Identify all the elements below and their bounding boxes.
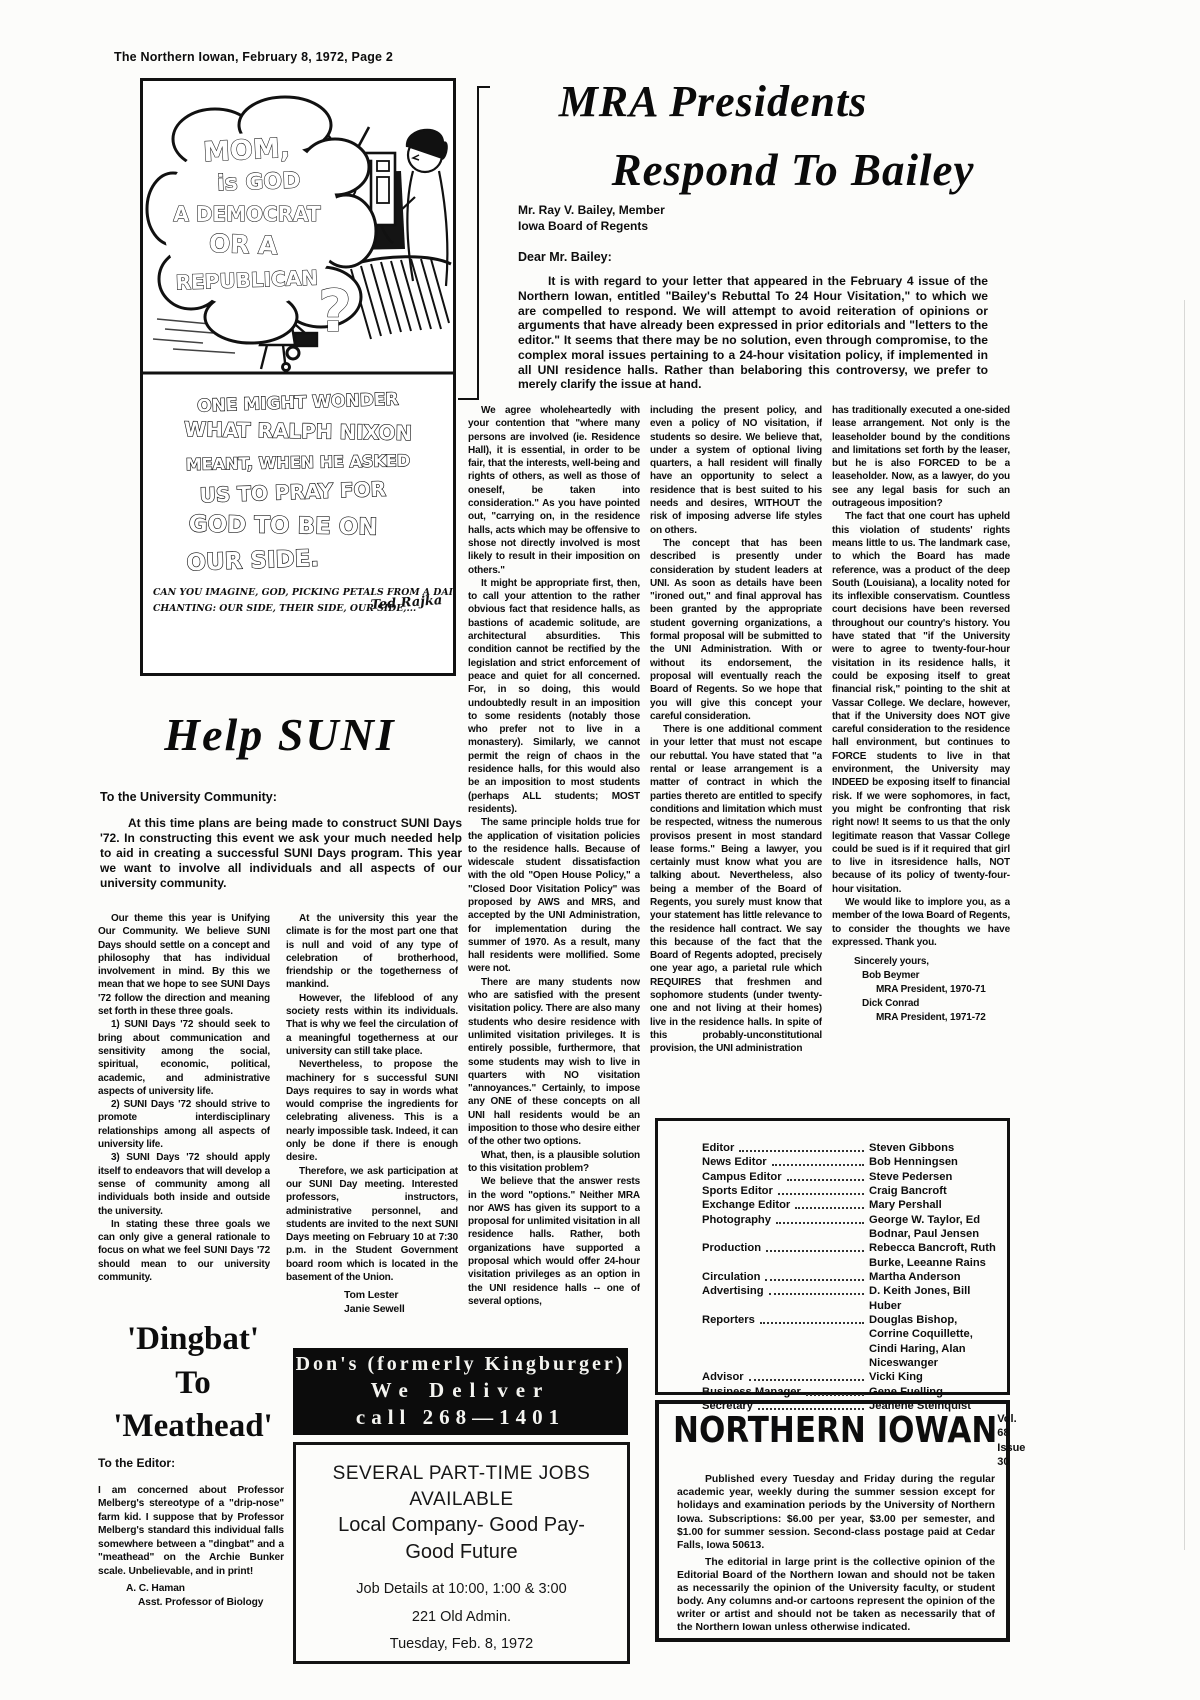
ad-title: Don's (formerly Kingburger) [293,1353,628,1376]
staff-row: ProductionRebecca Bancroft, Ruth Burke, … [702,1241,997,1270]
staff-row: CirculationMartha Anderson [702,1270,997,1284]
staff-name: Gene Fuelling [869,1385,997,1399]
dotted-leader [760,1313,864,1324]
masthead-volume: Vol. 68 Issue 30 [997,1410,1025,1469]
dotted-leader [776,1213,864,1224]
suni-column-1: Our theme this year is Unifying Our Comm… [98,912,270,1314]
staff-row: PhotographyGeorge W. Taylor, Ed Bodnar, … [702,1213,997,1242]
block-line-1: ONE MIGHT WONDER [197,389,399,416]
staff-name: Rebecca Bancroft, Ruth Burke, Leeanne Ra… [869,1241,997,1270]
paragraph: 1) SUNI Days '72 should seek to bring ab… [98,1018,270,1098]
suni-column-2: At the university this year the climate … [286,912,458,1314]
staff-row: Business ManagerGene Fuelling [702,1385,997,1399]
signature-line: MRA President, 1970-71 [832,983,1010,997]
staff-role: Advertising [702,1284,764,1298]
paragraph: I am concerned about Professor Melberg's… [98,1485,284,1577]
staff-row: EditorSteven Gibbons [702,1141,997,1155]
paragraph: Therefore, we ask participation at our S… [286,1165,458,1285]
staff-role: Photography [702,1213,771,1227]
letter-salutation: Dear Mr. Bailey: [518,250,612,264]
column-rule [477,88,479,400]
paragraph: Nevertheless, to propose the machinery f… [286,1058,458,1164]
headline-line: 'Meathead' [96,1405,290,1449]
staff-role: Reporters [702,1313,755,1327]
dotted-leader [772,1155,864,1166]
staff-row: Campus EditorSteve Pedersen [702,1170,997,1184]
staff-name: Mary Pershall [869,1198,997,1212]
staff-role: Sports Editor [702,1184,773,1198]
letter-signature-block: Sincerely yours, Bob Beymer MRA Presiden… [832,955,1010,1025]
headline-line: 'Dingbat' [96,1318,290,1362]
dotted-leader [766,1241,864,1252]
block-line-2: WHAT RALPH NIXON [184,417,412,445]
paragraph: The fact that one court has upheld this … [832,510,1010,896]
staff-role: Circulation [702,1270,760,1284]
staff-name: George W. Taylor, Ed Bodnar, Paul Jensen [869,1213,997,1242]
ad-line: We Deliver [293,1378,628,1403]
masthead-paragraph: The editorial in large print is the coll… [677,1556,995,1635]
letter-column-2: including the present policy, and even a… [650,404,822,1094]
ad-line: Good Future [296,1539,627,1566]
editorial-cartoon: MOM, is GOD A DEMOCRAT OR A REPUBLICAN ?… [140,78,456,676]
column-rule-tick-top [477,86,490,88]
signature-line: Tom Lester [286,1288,458,1302]
dingbat-body: I am concerned about Professor Melberg's… [98,1484,284,1611]
staff-name: Steve Pedersen [869,1170,997,1184]
scan-edge-line [1184,300,1185,1550]
bubble-line-2: is GOD [217,169,301,197]
ad-line: SEVERAL PART-TIME JOBS [296,1461,627,1487]
dotted-leader [778,1184,864,1195]
masthead-paragraph: Published every Tuesday and Friday durin… [677,1473,995,1552]
staff-role: Editor [702,1141,734,1155]
staff-box: EditorSteven Gibbons News EditorBob Henn… [655,1118,1010,1395]
staff-name: Douglas Bishop, Corrine Coquillette, Cin… [869,1313,997,1370]
signature-line: A. C. Haman [98,1582,284,1596]
suni-intro-paragraph: At this time plans are being made to con… [100,816,462,891]
dingbat-signature-block: A. C. Haman Asst. Professor of Biology [98,1582,284,1611]
bubble-line-1: MOM, [202,133,290,169]
bubble-line-5: REPUBLICAN [175,266,318,295]
signature-line: Janie Sewell [286,1302,458,1314]
paragraph: We agree wholeheartedly with your conten… [468,404,640,577]
ad-line: Job Details at 10:00, 1:00 & 3:00 [296,1576,627,1604]
signature-line: Dick Conrad [832,997,1010,1011]
staff-name: Martha Anderson [869,1270,997,1284]
ad-phone: call 268—1401 [293,1405,628,1430]
dotted-leader [739,1141,864,1152]
bubble-question-mark: ? [318,277,352,345]
staff-role: Exchange Editor [702,1198,790,1212]
letter-column-3: has traditionally executed a one-sided l… [832,404,1010,1109]
staff-name: Craig Bancroft [869,1184,997,1198]
paragraph: However, the lifeblood of any society re… [286,992,458,1058]
signature-line: Bob Beymer [832,969,1010,983]
cartoon-drawing: MOM, is GOD A DEMOCRAT OR A REPUBLICAN ?… [143,81,453,673]
dotted-leader [806,1385,864,1396]
signature-line: MRA President, 1971-72 [832,1011,1010,1025]
paragraph: has traditionally executed a one-sided l… [832,404,1010,510]
ad-line: Local Company- Good Pay- [296,1512,627,1539]
block-line-5: GOD TO BE ON [188,511,377,540]
bubble-line-4: OR A [209,229,279,260]
paragraph: The same principle holds true for the ap… [468,816,640,976]
masthead-box: NORTHERN IOWAN Vol. 68 Issue 30 Publishe… [655,1400,1010,1642]
ad-line: AVAILABLE [296,1487,627,1513]
ad-line: 221 Old Admin. [296,1604,627,1632]
paragraph: The concept that has been described is p… [650,537,822,723]
staff-role: Production [702,1241,761,1255]
paragraph: There is one additional comment in your … [650,723,822,1055]
paragraph: There are many students now who are sati… [468,976,640,1149]
staff-row: ReportersDouglas Bishop, Corrine Coquill… [702,1313,997,1370]
addressee-org: Iowa Board of Regents [518,219,665,235]
paragraph: We believe that the answer rests in the … [468,1175,640,1308]
staff-name: D. Keith Jones, Bill Huber [869,1284,997,1313]
dingbat-headline: 'Dingbat' To 'Meathead' [96,1318,290,1449]
dingbat-addressee: To the Editor: [98,1456,175,1470]
dotted-leader [787,1170,864,1181]
dotted-leader [749,1370,864,1381]
staff-role: News Editor [702,1155,767,1169]
block-line-6: OUR SIDE. [186,546,319,577]
dotted-leader [769,1284,864,1295]
paragraph: In stating these three goals we can only… [98,1218,270,1284]
suni-headline: Help SUNI [98,708,462,761]
staff-row: Exchange EditorMary Pershall [702,1198,997,1212]
signature-line: Asst. Professor of Biology [98,1596,284,1610]
dotted-leader [795,1198,864,1209]
signature-line: Sincerely yours, [832,955,1010,969]
staff-row: AdvertisingD. Keith Jones, Bill Huber [702,1284,997,1313]
block-line-4: US TO PRAY FOR [199,477,386,507]
staff-row: AdvisorVicki King [702,1370,997,1384]
paragraph: It might be appropriate first, then, to … [468,577,640,816]
staff-role: Advisor [702,1370,744,1384]
paragraph: We would like to implore you, as a membe… [832,896,1010,949]
staff-name: Vicki King [869,1370,997,1384]
paragraph: At the university this year the climate … [286,912,458,992]
letter-intro-paragraph: It is with regard to your letter that ap… [518,274,988,392]
masthead-title: NORTHERN IOWAN [673,1410,997,1451]
suni-signature-block: Tom Lester Janie Sewell Co-Chairmen of S… [286,1288,458,1314]
letter-addressee: Mr. Ray V. Bailey, Member Iowa Board of … [518,203,665,234]
newspaper-page: The Northern Iowan, February 8, 1972, Pa… [0,0,1200,1700]
paragraph: What, then, is a plausible solution to t… [468,1149,640,1176]
staff-name: Bob Henningsen [869,1155,997,1169]
headline-line: To [96,1362,290,1406]
paragraph: 3) SUNI Days '72 should apply itself to … [98,1151,270,1217]
staff-row: News EditorBob Henningsen [702,1155,997,1169]
ad-line: Tuesday, Feb. 8, 1972 [296,1631,627,1659]
dons-delivery-ad: Don's (formerly Kingburger) We Deliver c… [293,1348,628,1435]
letter-column-1: We agree wholeheartedly with your conten… [468,404,640,1349]
part-time-jobs-ad: SEVERAL PART-TIME JOBS AVAILABLE Local C… [293,1442,630,1664]
volume-number: Vol. 68 [997,1412,1025,1441]
staff-role: Campus Editor [702,1170,782,1184]
masthead-top: NORTHERN IOWAN Vol. 68 Issue 30 [673,1410,994,1469]
staff-name: Steven Gibbons [869,1141,997,1155]
dotted-leader [765,1270,864,1281]
suni-addressee: To the University Community: [100,790,277,804]
page-header: The Northern Iowan, February 8, 1972, Pa… [114,50,393,64]
staff-row: Sports EditorCraig Bancroft [702,1184,997,1198]
paragraph: 2) SUNI Days '72 should strive to promot… [98,1098,270,1151]
letter-headline-line2: Respond To Bailey [578,144,1008,196]
addressee-name: Mr. Ray V. Bailey, Member [518,203,665,219]
paragraph: Our theme this year is Unifying Our Comm… [98,912,270,1018]
bubble-line-3: A DEMOCRAT [173,202,321,226]
issue-number: Issue 30 [997,1441,1025,1470]
block-line-3: MEANT, WHEN HE ASKED [186,451,411,474]
staff-role: Business Manager [702,1385,801,1399]
letter-headline-line1: MRA Presidents [498,76,928,127]
column-rule-tick-bottom [458,398,479,400]
paragraph: including the present policy, and even a… [650,404,822,537]
